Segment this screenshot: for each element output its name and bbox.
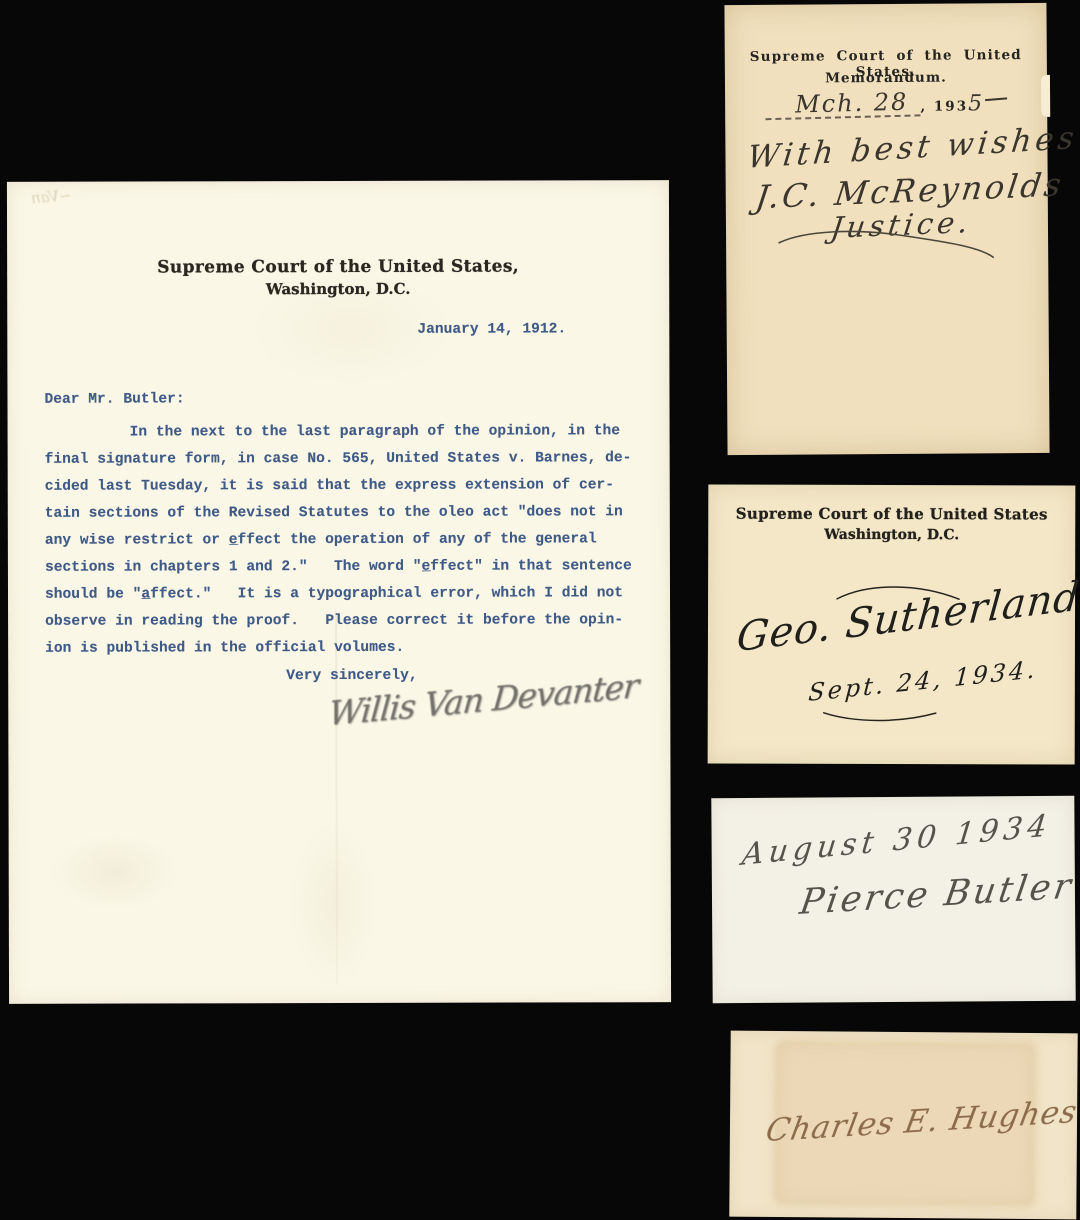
letter-body-line: observe in reading the proof. Please cor… [45, 612, 632, 641]
memo-subheader: Memorandum. [725, 69, 1047, 87]
pencil-annotation: ~Van [30, 186, 72, 207]
letter-body-line: tain sections of the Revised Statutes to… [45, 504, 632, 533]
flourish-underline-icon [765, 227, 1005, 265]
letter-closing: Very sincerely, [286, 668, 417, 684]
letter-body-line: final signature form, in case No. 565, U… [45, 450, 632, 479]
flourish-arc-bottom-icon [820, 707, 940, 727]
sutherland-letterhead-line2: Washington, D.C. [708, 527, 1075, 544]
letter-body-line: should be "a̲ffect." It is a typographic… [45, 585, 632, 614]
memo-date-year-digit: 5 [968, 91, 1007, 116]
letter-salutation: Dear Mr. Butler: [44, 391, 184, 407]
letter-body: In the next to the last paragraph of the… [45, 423, 632, 668]
autograph-collage: ~Van Supreme Court of the United States,… [0, 0, 1080, 1220]
mcreynolds-memo-card: Supreme Court of the United States. Memo… [724, 3, 1049, 455]
letter-body-line: any wise restrict or e̲ffect the operati… [45, 531, 632, 560]
letter-body-line: In the next to the last paragraph of the… [45, 423, 632, 452]
memo-date-handwritten: Mch. 28 [765, 88, 921, 120]
hughes-card: Charles E. Hughes [729, 1031, 1077, 1220]
butler-signature: Pierce Butler [797, 866, 1076, 923]
memo-date-line: Mch. 28, 1935 [725, 89, 1047, 119]
letter-body-line: sections in chapters 1 and 2." The word … [45, 558, 632, 587]
letter-body-line: ion is published in the official volumes… [45, 639, 632, 668]
letterhead-line1: Supreme Court of the United States, [7, 256, 669, 278]
sutherland-letterhead-line1: Supreme Court of the United States [708, 505, 1075, 524]
sutherland-card: Supreme Court of the United States Washi… [708, 485, 1076, 765]
van-devanter-letter: ~Van Supreme Court of the United States,… [7, 180, 671, 1004]
letterhead: Supreme Court of the United States, Wash… [7, 256, 669, 299]
letterhead-line2: Washington, D.C. [7, 279, 669, 299]
sutherland-date: Sept. 24, 1934. [807, 655, 1038, 707]
letter-body-line: cided last Tuesday, it is said that the … [45, 477, 632, 506]
butler-card: August 30 1934 Pierce Butler [711, 796, 1075, 1004]
letter-date: January 14, 1912. [417, 321, 566, 337]
memo-date-printed: , 193 [920, 98, 968, 114]
butler-date: August 30 1934 [740, 808, 1053, 873]
